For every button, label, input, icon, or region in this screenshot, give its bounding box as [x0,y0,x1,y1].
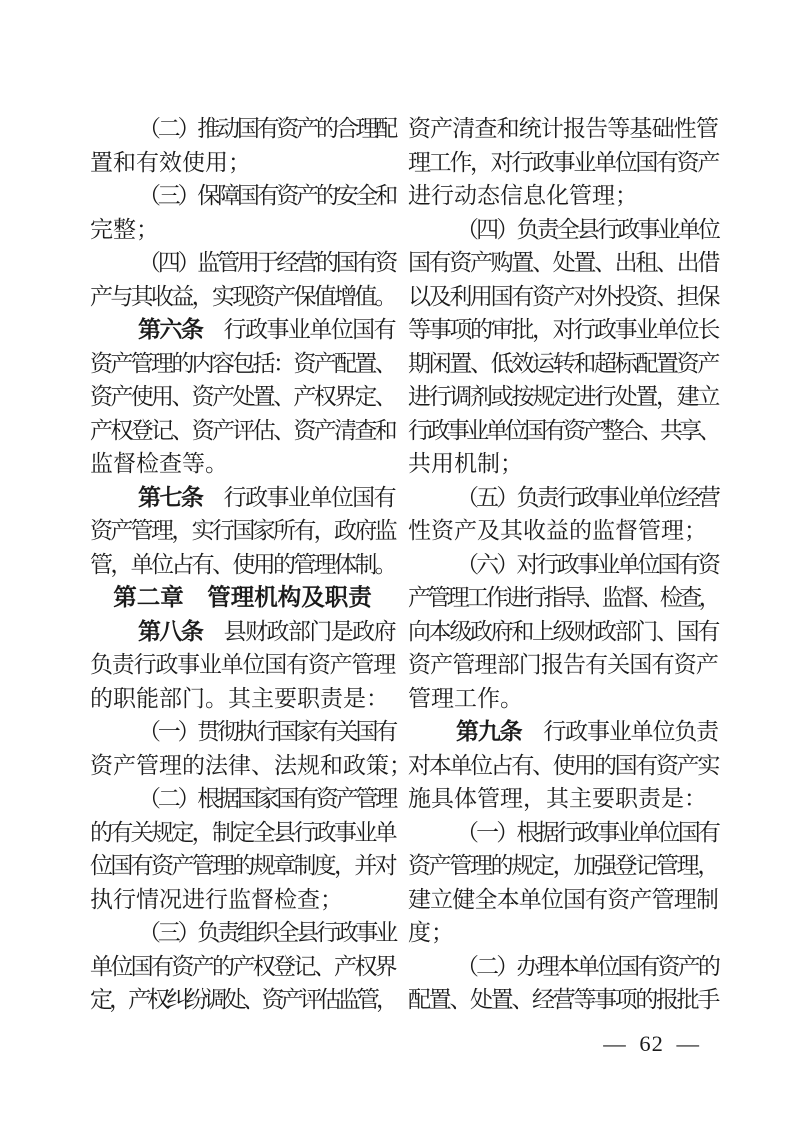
line-text: 第九条 行政事业单位负责 [456,715,718,749]
body-text-line: 以及利用国有资产对外投资、担保 [408,280,718,314]
body-text-line: 资产管理的内容包括：资产配置、 [90,347,395,381]
article-number: 第八条 [138,618,202,644]
right-text-column: 资产清查和统计报告等基础性管理工作，对行政事业单位国有资产进行动态信息化管理；（… [408,112,718,1017]
body-text-line: 管，单位占有、使用的管理体制。 [90,548,395,582]
left-text-column: （二）推动国有资产的合理配置和有效使用；（三）保障国有资产的安全和完整；（四）监… [90,112,395,1017]
line-text: （三）保障国有资产的安全和 [138,179,395,213]
article-number: 第六条 [138,316,202,342]
body-text-line: 定，产权纠纷调处、资产评估监管， [90,983,395,1017]
body-text-line: 性资产及其收益的监督管理； [408,514,718,548]
body-text-line: 度； [408,916,718,950]
line-text: 以及利用国有资产对外投资、担保 [408,280,718,314]
body-text-line: 施具体管理，其主要职责是： [408,782,718,816]
line-text: 监督检查等。 [90,447,228,481]
line-text: 第七条 行政事业单位国有 [138,481,395,515]
line-text: 定，产权纠纷调处、资产评估监管， [90,983,395,1017]
body-text-line: 的职能部门。其主要职责是： [90,682,395,716]
line-text: 度； [408,916,454,950]
body-text-line: 第六条 行政事业单位国有 [90,313,395,347]
body-text-line: （六）对行政事业单位国有资 [408,548,718,582]
body-text-line: 位国有资产管理的规章制度，并对 [90,849,395,883]
body-text-line: 产管理工作进行指导、监督、检查， [408,581,718,615]
body-text-line: 进行动态信息化管理； [408,179,718,213]
body-text-line: 配置、处置、经营等事项的报批手 [408,983,718,1017]
line-text: 进行动态信息化管理； [408,179,638,213]
body-text-line: 执行情况进行监督检查； [90,883,395,917]
body-text-line: 第九条 行政事业单位负责 [408,715,718,749]
body-text-line: 建立健全本单位国有资产管理制 [408,883,718,917]
line-text: 对本单位占有、使用的国有资产实 [408,749,718,783]
body-text-line: （三）负责组织全县行政事业 [90,916,395,950]
body-text-line: 理工作，对行政事业单位国有资产 [408,146,718,180]
body-text-line: （四）监管用于经营的国有资 [90,246,395,280]
line-text: 单位国有资产的产权登记、产权界 [90,950,395,984]
line-text: （二）办理本单位国有资产的 [456,950,718,984]
line-text: （三）负责组织全县行政事业 [138,916,395,950]
line-text: 的职能部门。其主要职责是： [90,682,389,716]
line-text: 资产管理部门报告有关国有资产 [408,648,718,682]
body-text-line: 产权登记、资产评估、资产清查和 [90,414,395,448]
body-text-line: 共用机制； [408,447,718,481]
line-text: 完整； [90,213,159,247]
line-text: 资产管理，实行国家所有，政府监 [90,514,395,548]
body-text-line: （一）贯彻执行国家有关国有 [90,715,395,749]
line-text: 资产管理的法律、法规和政策； [90,749,412,783]
body-text-line: 行政事业单位国有资产整合、共享、 [408,414,718,448]
body-text-line: 第八条 县财政部门是政府 [90,615,395,649]
body-text-line: 等事项的审批，对行政事业单位长 [408,313,718,347]
body-text-line: （四）负责全县行政事业单位 [408,213,718,247]
line-text: （一）根据行政事业单位国有 [456,816,718,850]
line-text: 产管理工作进行指导、监督、检查， [408,581,718,615]
line-text: 的有关规定，制定全县行政事业单 [90,816,395,850]
line-text: 管，单位占有、使用的管理体制。 [90,548,395,582]
body-text-line: （五）负责行政事业单位经营 [408,481,718,515]
line-text: 第八条 县财政部门是政府 [138,615,395,649]
line-text: （二）推动国有资产的合理配 [138,112,395,146]
body-text-line: （二）推动国有资产的合理配 [90,112,395,146]
line-text: 配置、处置、经营等事项的报批手 [408,983,718,1017]
document-page: （二）推动国有资产的合理配置和有效使用；（三）保障国有资产的安全和完整；（四）监… [0,0,793,1122]
body-text-line: 对本单位占有、使用的国有资产实 [408,749,718,783]
line-text: 资产使用、资产处置、产权界定、 [90,380,395,414]
line-text: （四）监管用于经营的国有资 [138,246,395,280]
body-text-line: （三）保障国有资产的安全和 [90,179,395,213]
body-text-line: 资产管理的规定，加强登记管理， [408,849,718,883]
line-text: 管理工作。 [408,682,523,716]
body-text-line: 国有资产购置、处置、出租、出借 [408,246,718,280]
line-text: 期闲置、低效运转和超标配置资产 [408,347,718,381]
body-text-line: 管理工作。 [408,682,718,716]
body-text-line: 资产清查和统计报告等基础性管 [408,112,718,146]
line-text: 等事项的审批，对行政事业单位长 [408,313,718,347]
body-text-line: 向本级政府和上级财政部门、国有 [408,615,718,649]
line-text: 位国有资产管理的规章制度，并对 [90,849,395,883]
body-text-line: 产与其收益，实现资产保值增值。 [90,280,395,314]
line-text: 理工作，对行政事业单位国有资产 [408,146,718,180]
line-text: 第二章 管理机构及职责 [113,581,372,615]
line-text: 进行调剂或按规定进行处置，建立 [408,380,718,414]
body-text-line: 资产管理，实行国家所有，政府监 [90,514,395,548]
line-text: 共用机制； [408,447,523,481]
body-text-line: 资产使用、资产处置、产权界定、 [90,380,395,414]
line-text: 行政事业单位国有资产整合、共享、 [408,414,718,448]
line-text: （五）负责行政事业单位经营 [456,481,718,515]
line-text: 置和有效使用； [90,146,251,180]
line-text: 性资产及其收益的监督管理； [408,514,707,548]
body-text-line: 第七条 行政事业单位国有 [90,481,395,515]
article-number: 第七条 [138,484,202,510]
body-text-line: 进行调剂或按规定进行处置，建立 [408,380,718,414]
line-text: 资产管理的规定，加强登记管理， [408,849,718,883]
body-text-line: 资产管理的法律、法规和政策； [90,749,395,783]
line-text: 向本级政府和上级财政部门、国有 [408,615,718,649]
line-text: 第六条 行政事业单位国有 [138,313,395,347]
body-text-line: 负责行政事业单位国有资产管理 [90,648,395,682]
body-text-line: 置和有效使用； [90,146,395,180]
body-text-line: （一）根据行政事业单位国有 [408,816,718,850]
body-text-line: 的有关规定，制定全县行政事业单 [90,816,395,850]
line-text: 施具体管理，其主要职责是： [408,782,707,816]
line-text: （一）贯彻执行国家有关国有 [138,715,395,749]
body-text-line: 完整； [90,213,395,247]
line-text: 执行情况进行监督检查； [90,883,343,917]
chapter-heading: 第二章 管理机构及职责 [90,581,395,615]
article-number: 第九条 [456,718,522,744]
line-text: 资产清查和统计报告等基础性管 [408,112,718,146]
line-text: 资产管理的内容包括：资产配置、 [90,347,395,381]
line-text: 国有资产购置、处置、出租、出借 [408,246,718,280]
line-text: （四）负责全县行政事业单位 [456,213,718,247]
line-text: 建立健全本单位国有资产管理制 [408,883,718,917]
body-text-line: 单位国有资产的产权登记、产权界 [90,950,395,984]
page-number: — 62 — [0,1031,700,1057]
line-text: （六）对行政事业单位国有资 [456,548,718,582]
line-text: 产与其收益，实现资产保值增值。 [90,280,395,314]
line-text: 负责行政事业单位国有资产管理 [90,648,395,682]
line-text: 产权登记、资产评估、资产清查和 [90,414,395,448]
line-text: （二）根据国家国有资产管理 [138,782,395,816]
body-text-line: （二）根据国家国有资产管理 [90,782,395,816]
body-text-line: 期闲置、低效运转和超标配置资产 [408,347,718,381]
body-text-line: （二）办理本单位国有资产的 [408,950,718,984]
body-text-line: 监督检查等。 [90,447,395,481]
body-text-line: 资产管理部门报告有关国有资产 [408,648,718,682]
